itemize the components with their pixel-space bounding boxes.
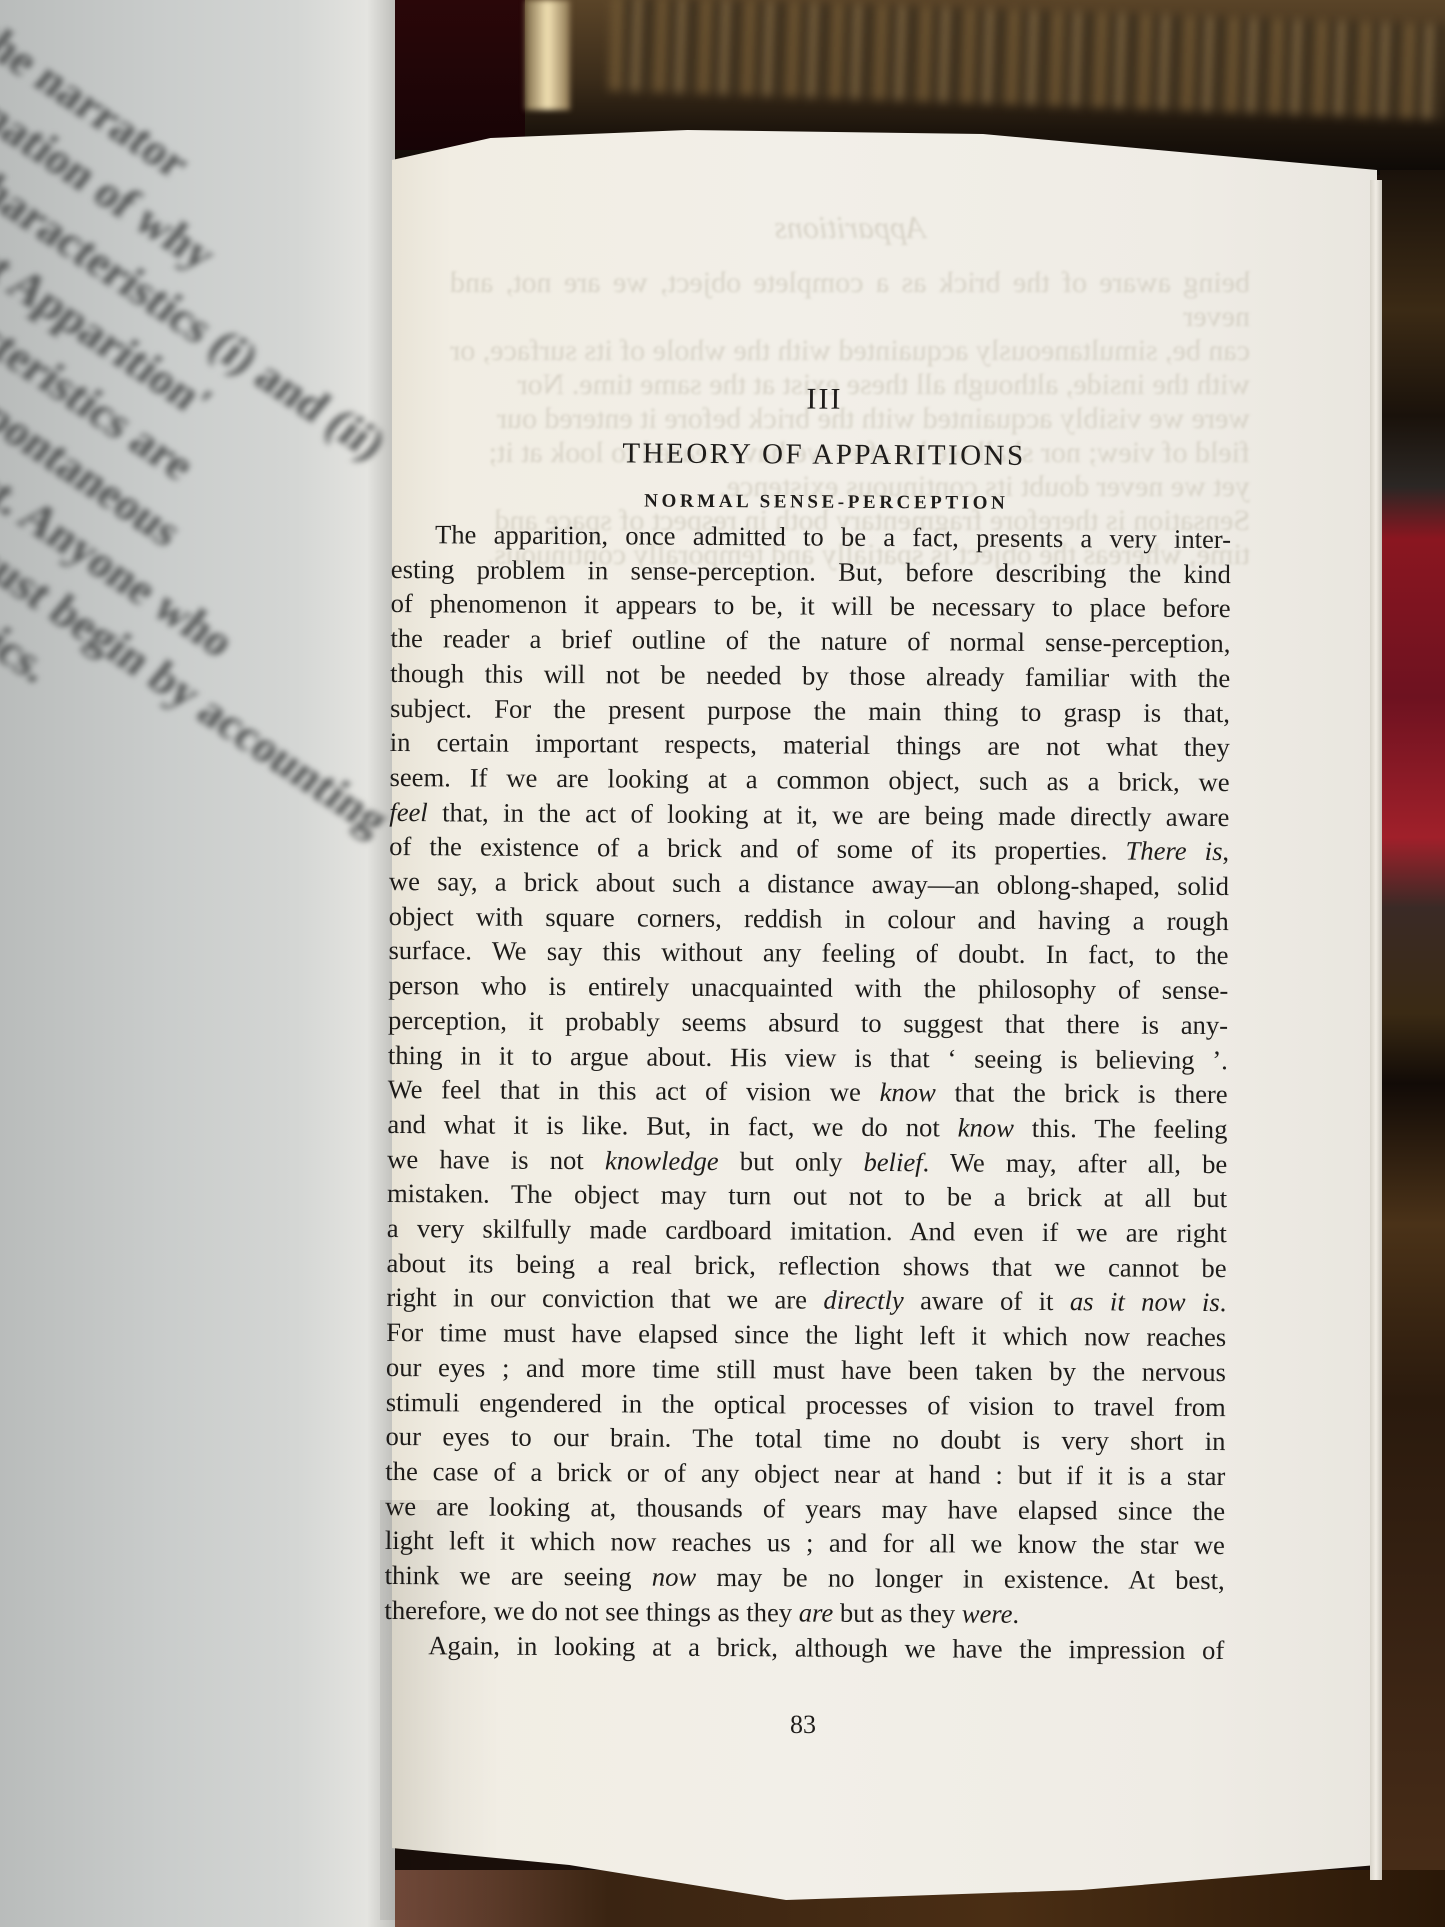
text-line: esting problem in sense-perception. But,… xyxy=(391,552,1231,592)
text-run: seem. If we are looking at a common obje… xyxy=(389,762,1229,797)
text-run: thing in it to argue about. His view is … xyxy=(388,1040,1228,1075)
left-page-blurred: of the narratorexplanation of whygroup-c… xyxy=(0,0,395,1927)
italic-emphasis: know xyxy=(880,1077,936,1107)
text-line: thing in it to argue about. His view is … xyxy=(388,1038,1228,1078)
text-line: our eyes ; and more time still must have… xyxy=(386,1350,1226,1390)
italic-emphasis: were xyxy=(962,1598,1013,1628)
frame-highlight xyxy=(525,0,570,110)
text-run: aware of it xyxy=(904,1286,1070,1317)
text-run: . xyxy=(1012,1599,1019,1629)
text-line: the case of a brick or of any object nea… xyxy=(385,1454,1225,1494)
text-run: , xyxy=(1222,836,1229,866)
bleed-line: being aware of the brick as a complete o… xyxy=(450,266,1250,334)
text-run: in certain important respects, material … xyxy=(390,727,1230,762)
text-line: The apparition, once admitted to be a fa… xyxy=(391,517,1231,557)
italic-emphasis: knowledge xyxy=(605,1145,719,1176)
text-line: right in our conviction that we are dire… xyxy=(386,1280,1226,1320)
background-bookshelf-strip xyxy=(1380,170,1445,1927)
italic-emphasis: are xyxy=(799,1597,834,1627)
text-run: right in our conviction that we are xyxy=(386,1282,823,1315)
italic-emphasis: as it now is xyxy=(1070,1287,1220,1318)
text-run: esting problem in sense-perception. But,… xyxy=(391,554,1231,589)
text-run: about its being a real brick, reflection… xyxy=(387,1248,1227,1283)
text-line: we have is not knowledge but only belief… xyxy=(387,1142,1227,1182)
left-page-text: of the narratorexplanation of whygroup-c… xyxy=(0,0,391,701)
text-run: our eyes ; and more time still must have… xyxy=(386,1352,1226,1387)
chapter-number: III xyxy=(392,380,1232,419)
italic-emphasis: directly xyxy=(823,1285,903,1315)
section-heading: NORMAL SENSE-PERCEPTION xyxy=(391,489,1231,516)
text-run: we have is not xyxy=(387,1144,605,1175)
text-run: light left it which now reaches us ; and… xyxy=(385,1525,1225,1560)
chapter-title: THEORY OF APPARITIONS xyxy=(391,436,1231,474)
text-run: . We may, after all, be xyxy=(923,1147,1228,1179)
bleed-through-header: Apparitions xyxy=(450,210,1250,244)
text-line: think we are seeing now may be no longer… xyxy=(385,1558,1225,1598)
text-run: the reader a brief outline of the nature… xyxy=(390,623,1230,658)
text-line: we say, a brick about such a distance aw… xyxy=(389,864,1229,904)
text-run: of phenomenon it appears to be, it will … xyxy=(391,588,1231,623)
text-run: For time must have elapsed since the lig… xyxy=(386,1317,1226,1352)
text-run: our eyes to our brain. The total time no… xyxy=(385,1421,1225,1456)
text-line: we are looking at, thousands of years ma… xyxy=(385,1489,1225,1529)
text-line: though this will not be needed by those … xyxy=(390,656,1230,696)
text-line: person who is entirely unacquainted with… xyxy=(388,968,1228,1008)
text-run: that, in the act of looking at it, we ar… xyxy=(428,797,1230,832)
text-run: that the brick is there xyxy=(936,1078,1228,1110)
text-line: surface. We say this without any feeling… xyxy=(388,933,1228,973)
text-run: The apparition, once admitted to be a fa… xyxy=(435,519,1231,554)
text-line: seem. If we are looking at a common obje… xyxy=(389,760,1229,800)
page-content: III THEORY OF APPARITIONS NORMAL SENSE-P… xyxy=(384,380,1232,1667)
text-line: stimuli engendered in the optical proces… xyxy=(386,1385,1226,1425)
text-run: we say, a brick about such a distance aw… xyxy=(389,866,1229,901)
text-run: mistaken. The object may turn out not to… xyxy=(387,1178,1227,1213)
gutter-shadow xyxy=(380,1500,500,1920)
italic-emphasis: know xyxy=(958,1112,1014,1142)
page-stack-edges xyxy=(1370,180,1382,1880)
text-line: Again, in looking at a brick, although w… xyxy=(384,1627,1224,1667)
text-run: a very skilfully made cardboard imitatio… xyxy=(387,1213,1227,1248)
text-run: this. The feeling xyxy=(1014,1113,1228,1144)
text-line: therefore, we do not see things as they … xyxy=(384,1593,1224,1633)
text-line: We feel that in this act of vision we kn… xyxy=(388,1072,1228,1112)
text-line: the reader a brief outline of the nature… xyxy=(390,621,1230,661)
text-line: and what it is like. But, in fact, we do… xyxy=(387,1107,1227,1147)
text-run: may be no longer in existence. At best, xyxy=(696,1562,1225,1595)
text-line: about its being a real brick, reflection… xyxy=(386,1246,1226,1286)
text-run: but only xyxy=(719,1146,864,1177)
text-line: subject. For the present purpose the mai… xyxy=(390,691,1230,731)
text-run: . xyxy=(1220,1288,1227,1318)
text-run: person who is entirely unacquainted with… xyxy=(388,970,1228,1005)
text-run: and what it is like. But, in fact, we do… xyxy=(387,1109,957,1142)
text-run: perception, it probably seems absurd to … xyxy=(388,1005,1228,1040)
italic-emphasis: feel xyxy=(389,797,428,827)
text-run: subject. For the present purpose the mai… xyxy=(390,693,1230,728)
body-text: The apparition, once admitted to be a fa… xyxy=(384,517,1231,1667)
text-line: feel that, in the act of looking at it, … xyxy=(389,795,1229,835)
text-run: though this will not be needed by those … xyxy=(390,658,1230,693)
text-line: in certain important respects, material … xyxy=(390,725,1230,765)
text-run: object with square corners, reddish in c… xyxy=(389,901,1229,936)
text-line: For time must have elapsed since the lig… xyxy=(386,1315,1226,1355)
text-line: of phenomenon it appears to be, it will … xyxy=(391,586,1231,626)
text-line: of the existence of a brick and of some … xyxy=(389,829,1229,869)
text-run: of the existence of a brick and of some … xyxy=(389,831,1126,865)
text-line: mistaken. The object may turn out not to… xyxy=(387,1176,1227,1216)
text-run: the case of a brick or of any object nea… xyxy=(385,1456,1225,1491)
text-run: Again, in looking at a brick, although w… xyxy=(428,1630,1224,1665)
bleed-line: can be, simultaneously acquainted with t… xyxy=(450,334,1250,368)
text-line: object with square corners, reddish in c… xyxy=(389,899,1229,939)
text-line: light left it which now reaches us ; and… xyxy=(385,1523,1225,1563)
text-run: We feel that in this act of vision we xyxy=(388,1074,880,1107)
text-line: perception, it probably seems absurd to … xyxy=(388,1003,1228,1043)
page-number: 83 xyxy=(790,1710,816,1740)
italic-emphasis: belief xyxy=(863,1147,922,1177)
text-run: stimuli engendered in the optical proces… xyxy=(386,1387,1226,1422)
text-line: a very skilfully made cardboard imitatio… xyxy=(387,1211,1227,1251)
italic-emphasis: There is xyxy=(1125,836,1222,867)
background-maroon-panel xyxy=(390,0,525,150)
text-run: we are looking at, thousands of years ma… xyxy=(385,1491,1225,1526)
italic-emphasis: now xyxy=(652,1562,697,1592)
text-run: surface. We say this without any feeling… xyxy=(388,935,1228,970)
text-run: but as they xyxy=(833,1598,962,1629)
text-line: our eyes to our brain. The total time no… xyxy=(385,1419,1225,1459)
